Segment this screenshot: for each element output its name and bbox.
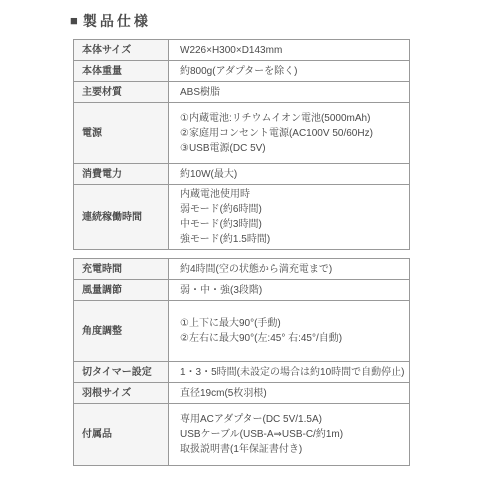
spec-label-angle: 角度調整 xyxy=(74,301,169,362)
spec-value-body-size: W226×H300×D143mm xyxy=(169,40,410,61)
spec-table-upper: 本体サイズ W226×H300×D143mm 本体重量 約800g(アダプターを… xyxy=(73,39,410,250)
table-row: 主要材質 ABS樹脂 xyxy=(74,82,410,103)
spec-label-accessories: 付属品 xyxy=(74,404,169,466)
spec-value-charge-time: 約4時間(空の状態から満充電まで) xyxy=(169,259,410,280)
table-row: 本体重量 約800g(アダプターを除く) xyxy=(74,61,410,82)
spec-label-material: 主要材質 xyxy=(74,82,169,103)
spec-page: ■ 製品仕様 本体サイズ W226×H300×D143mm 本体重量 約800g… xyxy=(0,0,480,480)
spec-label-power-consumption: 消費電力 xyxy=(74,164,169,185)
spec-label-timer: 切タイマー設定 xyxy=(74,362,169,383)
spec-value-runtime: 内蔵電池使用時 弱モード(約6時間) 中モード(約3時間) 強モード(約1.5時… xyxy=(169,185,410,250)
table-row: 切タイマー設定 1・3・5時間(未設定の場合は約10時間で自動停止) xyxy=(74,362,410,383)
page-title-text: 製品仕様 xyxy=(83,12,151,30)
spec-label-runtime: 連続稼働時間 xyxy=(74,185,169,250)
spec-value-power-consumption: 約10W(最大) xyxy=(169,164,410,185)
table-row: 羽根サイズ 直径19cm(5枚羽根) xyxy=(74,383,410,404)
spec-value-angle: ①上下に最大90°(手動) ②左右に最大90°(左:45° 右:45°/自動) xyxy=(169,301,410,362)
table-row: 電源 ①内蔵電池:リチウムイオン電池(5000mAh) ②家庭用コンセント電源(… xyxy=(74,103,410,164)
spec-label-charge-time: 充電時間 xyxy=(74,259,169,280)
table-row: 連続稼働時間 内蔵電池使用時 弱モード(約6時間) 中モード(約3時間) 強モー… xyxy=(74,185,410,250)
spec-label-power-source: 電源 xyxy=(74,103,169,164)
spec-value-airflow: 弱・中・強(3段階) xyxy=(169,280,410,301)
table-row: 付属品 専用ACアダプター(DC 5V/1.5A) USBケーブル(USB-A⇒… xyxy=(74,404,410,466)
title-square-icon: ■ xyxy=(70,12,78,30)
spec-value-accessories: 専用ACアダプター(DC 5V/1.5A) USBケーブル(USB-A⇒USB-… xyxy=(169,404,410,466)
table-row: 充電時間 約4時間(空の状態から満充電まで) xyxy=(74,259,410,280)
spec-value-power-source: ①内蔵電池:リチウムイオン電池(5000mAh) ②家庭用コンセント電源(AC1… xyxy=(169,103,410,164)
spec-table-lower: 充電時間 約4時間(空の状態から満充電まで) 風量調節 弱・中・強(3段階) 角… xyxy=(73,258,410,466)
spec-label-body-size: 本体サイズ xyxy=(74,40,169,61)
page-title: ■ 製品仕様 xyxy=(70,0,480,30)
table-row: 風量調節 弱・中・強(3段階) xyxy=(74,280,410,301)
spec-value-weight: 約800g(アダプターを除く) xyxy=(169,61,410,82)
spec-value-timer: 1・3・5時間(未設定の場合は約10時間で自動停止) xyxy=(169,362,410,383)
spec-label-airflow: 風量調節 xyxy=(74,280,169,301)
spec-value-blade-size: 直径19cm(5枚羽根) xyxy=(169,383,410,404)
table-row: 消費電力 約10W(最大) xyxy=(74,164,410,185)
spec-value-material: ABS樹脂 xyxy=(169,82,410,103)
table-row: 本体サイズ W226×H300×D143mm xyxy=(74,40,410,61)
table-row: 角度調整 ①上下に最大90°(手動) ②左右に最大90°(左:45° 右:45°… xyxy=(74,301,410,362)
spec-label-weight: 本体重量 xyxy=(74,61,169,82)
spec-label-blade-size: 羽根サイズ xyxy=(74,383,169,404)
